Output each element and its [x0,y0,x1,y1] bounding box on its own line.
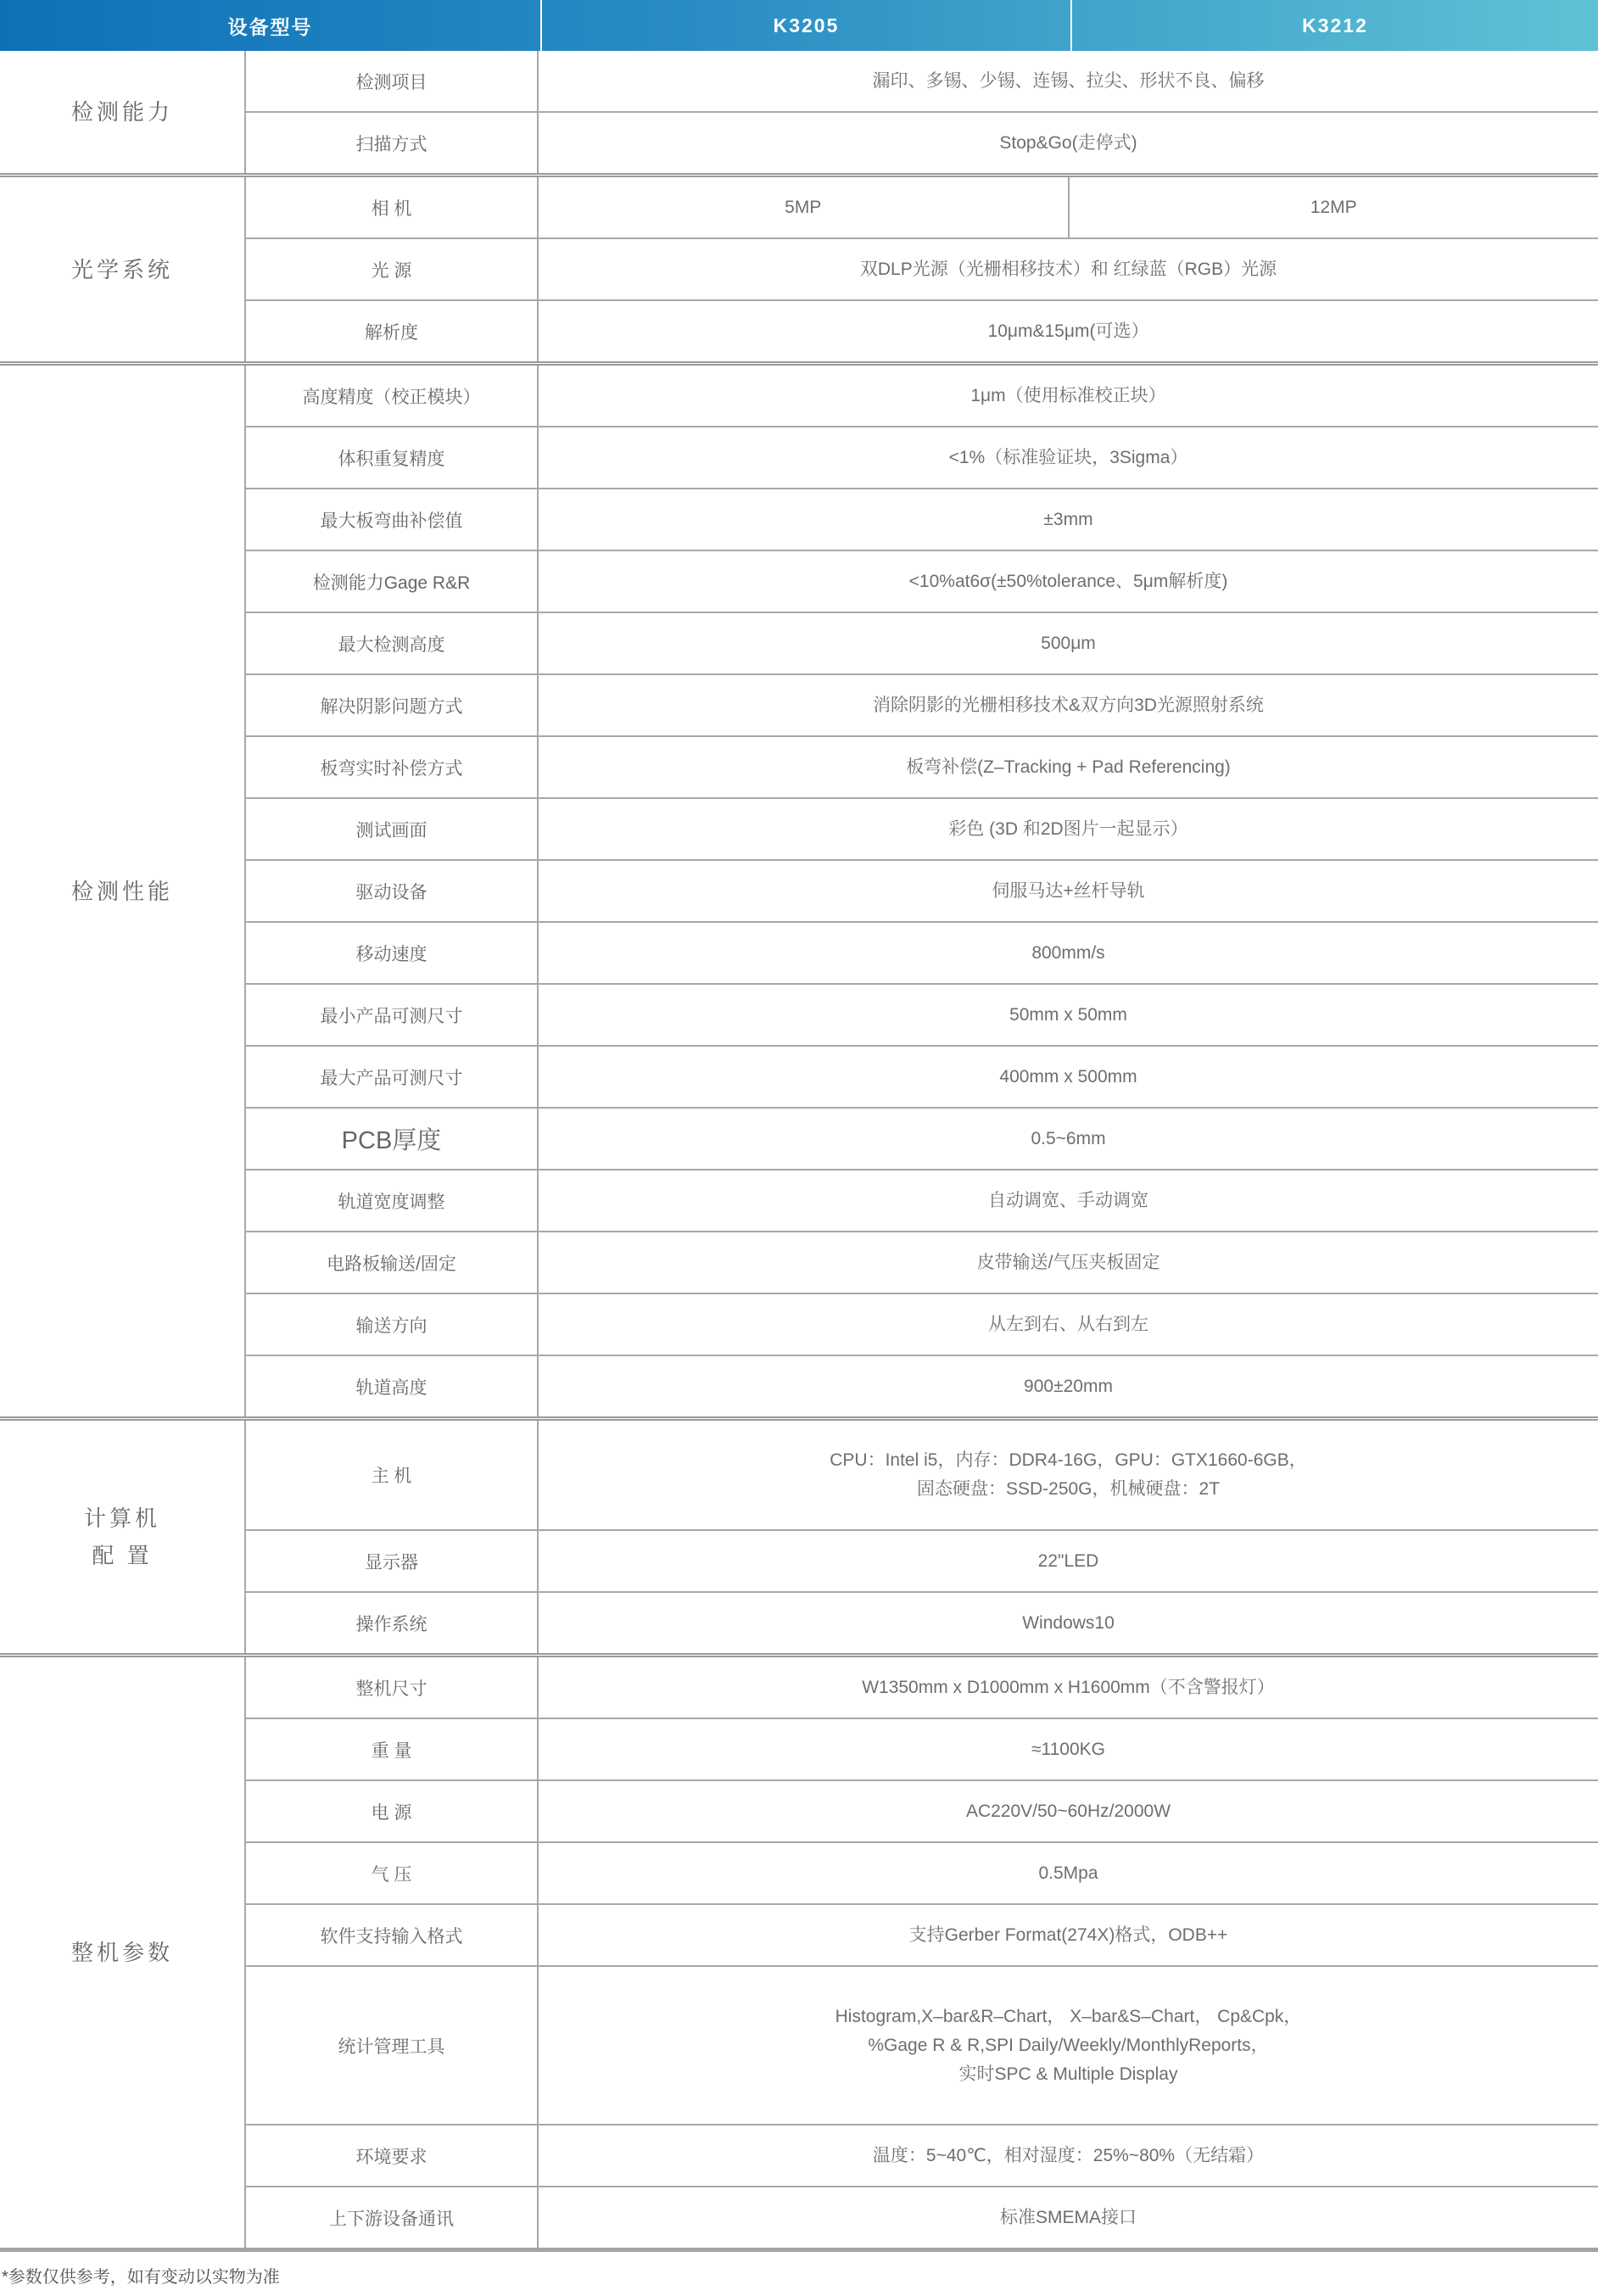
spec-value-line: 板弯补偿(Z–Tracking + Pad Referencing) [906,753,1231,782]
header-model-k3205: K3205 [542,0,1072,51]
spec-row-value: 400mm x 500mm [539,1047,1598,1107]
spec-value-line: 800mm/s [1031,939,1104,968]
spec-section-4: 整机参数整机尺寸W1350mm x D1000mm x H1600mm（不含警报… [0,1653,1598,2248]
spec-value-line: 22"LED [1038,1547,1099,1576]
spec-row-label: 电路板输送/固定 [246,1232,539,1293]
spec-row-values: 标准SMEMA接口 [539,2187,1598,2248]
spec-row-values: 5MP12MP [539,177,1598,237]
header-device-model-label: 设备型号 [0,0,542,51]
spec-value-line: %Gage R & R,SPI Daily/Weekly/MonthlyRepo… [868,2031,1268,2060]
spec-row-label: 显示器 [246,1531,539,1591]
spec-row-value: 板弯补偿(Z–Tracking + Pad Referencing) [539,737,1598,797]
spec-section-0: 检测能力检测项目漏印、多锡、少锡、连锡、拉尖、形状不良、偏移扫描方式Stop&G… [0,51,1598,173]
spec-row-values: 支持Gerber Format(274X)格式，ODB++ [539,1905,1598,1965]
spec-value-line: 900±20mm [1024,1372,1113,1401]
spec-row-values: 皮带输送/气压夹板固定 [539,1232,1598,1293]
spec-row: 体积重复精度<1%（标准验证块，3Sigma） [246,426,1598,488]
spec-row-value: AC220V/50~60Hz/2000W [539,1781,1598,1841]
spec-value-line: 500μm [1041,629,1096,658]
section-rows: 相 机5MP12MP光 源双DLP光源（光栅相移技术）和 红绿蓝（RGB）光源解… [246,177,1598,361]
spec-row: 检测项目漏印、多锡、少锡、连锡、拉尖、形状不良、偏移 [246,51,1598,111]
spec-row-values: 500μm [539,613,1598,673]
spec-row-value: 双DLP光源（光栅相移技术）和 红绿蓝（RGB）光源 [539,239,1598,299]
spec-value-line: 温度：5~40℃，相对湿度：25%~80%（无结霜） [873,2142,1264,2170]
spec-value-line: Windows10 [1022,1609,1115,1638]
spec-row: 板弯实时补偿方式板弯补偿(Z–Tracking + Pad Referencin… [246,735,1598,797]
spec-row-value: 漏印、多锡、少锡、连锡、拉尖、形状不良、偏移 [539,51,1598,111]
section-rows: 整机尺寸W1350mm x D1000mm x H1600mm（不含警报灯）重 … [246,1657,1598,2248]
spec-row-value: 支持Gerber Format(274X)格式，ODB++ [539,1905,1598,1965]
spec-row: PCB厚度0.5~6mm [246,1107,1598,1169]
spec-value-line: 固态硬盘：SSD-250G，机械硬盘：2T [917,1475,1220,1504]
spec-row: 轨道高度900±20mm [246,1355,1598,1416]
spec-row: 移动速度800mm/s [246,921,1598,983]
spec-row: 显示器22"LED [246,1529,1598,1591]
spec-value-line: ≈1100KG [1031,1735,1105,1764]
spec-value-line: 双DLP光源（光栅相移技术）和 红绿蓝（RGB）光源 [860,255,1277,284]
spec-row-value: 彩色 (3D 和2D图片一起显示） [539,799,1598,859]
spec-row-value: 900±20mm [539,1356,1598,1416]
spec-row-label: 驱动设备 [246,861,539,921]
spec-row-label: PCB厚度 [246,1109,539,1169]
spec-row: 扫描方式Stop&Go(走停式) [246,111,1598,173]
spec-row-label: 软件支持输入格式 [246,1905,539,1965]
spec-row-values: 漏印、多锡、少锡、连锡、拉尖、形状不良、偏移 [539,51,1598,111]
spec-row-values: AC220V/50~60Hz/2000W [539,1781,1598,1841]
spec-row-value: 皮带输送/气压夹板固定 [539,1232,1598,1293]
spec-section-1: 光学系统相 机5MP12MP光 源双DLP光源（光栅相移技术）和 红绿蓝（RGB… [0,173,1598,361]
spec-row: 软件支持输入格式支持Gerber Format(274X)格式，ODB++ [246,1903,1598,1965]
spec-row-label: 解决阴影问题方式 [246,675,539,735]
spec-body: 检测能力检测项目漏印、多锡、少锡、连锡、拉尖、形状不良、偏移扫描方式Stop&G… [0,51,1598,2252]
spec-row-values: 温度：5~40℃，相对湿度：25%~80%（无结霜） [539,2126,1598,2186]
spec-row-values: 双DLP光源（光栅相移技术）和 红绿蓝（RGB）光源 [539,239,1598,299]
spec-row-label: 高度精度（校正模块） [246,366,539,426]
spec-row-label: 最大产品可测尺寸 [246,1047,539,1107]
spec-row-value: 从左到右、从右到左 [539,1294,1598,1355]
spec-row-values: 0.5Mpa [539,1843,1598,1903]
spec-row-label: 板弯实时补偿方式 [246,737,539,797]
spec-row-value: Stop&Go(走停式) [539,113,1598,173]
spec-row: 电路板输送/固定皮带输送/气压夹板固定 [246,1231,1598,1293]
spec-row-values: 消除阴影的光栅相移技术&双方向3D光源照射系统 [539,675,1598,735]
spec-row-values: 22"LED [539,1531,1598,1591]
spec-row-label: 解析度 [246,301,539,361]
spec-row: 最大产品可测尺寸400mm x 500mm [246,1045,1598,1107]
spec-value-line: Stop&Go(走停式) [999,129,1137,158]
spec-row: 气 压0.5Mpa [246,1841,1598,1903]
spec-row: 驱动设备伺服马达+丝杆导轨 [246,859,1598,921]
spec-row-label: 光 源 [246,239,539,299]
spec-row-values: Stop&Go(走停式) [539,113,1598,173]
spec-section-2: 检测性能高度精度（校正模块）1μm（使用标准校正块）体积重复精度<1%（标准验证… [0,361,1598,1416]
spec-value-line: 支持Gerber Format(274X)格式，ODB++ [909,1921,1228,1950]
spec-sheet: 设备型号 K3205 K3212 检测能力检测项目漏印、多锡、少锡、连锡、拉尖、… [0,0,1598,2296]
spec-row: 高度精度（校正模块）1μm（使用标准校正块） [246,366,1598,426]
spec-row-values: Windows10 [539,1593,1598,1653]
spec-row-label: 操作系统 [246,1593,539,1653]
spec-row-label: 主 机 [246,1421,539,1529]
spec-row-label: 轨道高度 [246,1356,539,1416]
spec-row-label: 气 压 [246,1843,539,1903]
spec-row-value: 1μm（使用标准校正块） [539,366,1598,426]
section-rows: 检测项目漏印、多锡、少锡、连锡、拉尖、形状不良、偏移扫描方式Stop&Go(走停… [246,51,1598,173]
spec-value-line: 50mm x 50mm [1009,1001,1127,1030]
spec-row: 解决阴影问题方式消除阴影的光栅相移技术&双方向3D光源照射系统 [246,673,1598,735]
spec-row-value: 12MP [1068,177,1598,237]
spec-row-value: 800mm/s [539,923,1598,983]
spec-row: 检测能力Gage R&R<10%at6σ(±50%tolerance、5μm解析… [246,550,1598,612]
spec-row-values: 400mm x 500mm [539,1047,1598,1107]
spec-row: 整机尺寸W1350mm x D1000mm x H1600mm（不含警报灯） [246,1657,1598,1718]
spec-row-values: ±3mm [539,489,1598,550]
spec-value-line: 伺服马达+丝杆导轨 [992,877,1144,906]
spec-row-label: 测试画面 [246,799,539,859]
spec-value-line: 皮带输送/气压夹板固定 [977,1249,1160,1277]
spec-value-line: ±3mm [1043,506,1092,534]
spec-row-label: 最小产品可测尺寸 [246,985,539,1045]
section-label-line: 整机参数 [71,1934,173,1971]
spec-value-line: 400mm x 500mm [999,1063,1137,1092]
spec-value-line: 从左到右、从右到左 [988,1310,1148,1339]
spec-row: 最大检测高度500μm [246,612,1598,673]
spec-row-values: <1%（标准验证块，3Sigma） [539,427,1598,488]
spec-row: 操作系统Windows10 [246,1591,1598,1653]
spec-value-line: 1μm（使用标准校正块） [970,382,1165,411]
spec-row-label: 移动速度 [246,923,539,983]
spec-row-value: 500μm [539,613,1598,673]
spec-row-value: 22"LED [539,1531,1598,1591]
spec-row-values: 10μm&15μm(可选） [539,301,1598,361]
spec-row-values: 板弯补偿(Z–Tracking + Pad Referencing) [539,737,1598,797]
footnote: *参数仅供参考，如有变动以实物为准 [0,2252,1598,2296]
spec-row-value: Histogram,X–bar&R–Chart， X–bar&S–Chart， … [539,1967,1598,2124]
spec-row-label: 轨道宽度调整 [246,1170,539,1231]
section-label: 计算机配 置 [0,1421,246,1653]
spec-row-label: 最大板弯曲补偿值 [246,489,539,550]
spec-row-value: <1%（标准验证块，3Sigma） [539,427,1598,488]
spec-row-label: 扫描方式 [246,113,539,173]
spec-row: 统计管理工具Histogram,X–bar&R–Chart， X–bar&S–C… [246,1965,1598,2124]
spec-row-values: CPU：Intel i5，内存：DDR4-16G，GPU：GTX1660-6GB… [539,1421,1598,1529]
spec-row: 解析度10μm&15μm(可选） [246,299,1598,361]
spec-row-label: 输送方向 [246,1294,539,1355]
spec-row-label: 检测项目 [246,51,539,111]
spec-row: 上下游设备通讯标准SMEMA接口 [246,2186,1598,2248]
spec-value-line: AC220V/50~60Hz/2000W [966,1797,1171,1826]
spec-row-value: 自动调宽、手动调宽 [539,1170,1598,1231]
table-header-row: 设备型号 K3205 K3212 [0,0,1598,51]
spec-row: 测试画面彩色 (3D 和2D图片一起显示） [246,797,1598,859]
spec-value-line: W1350mm x D1000mm x H1600mm（不含警报灯） [862,1673,1275,1702]
spec-row: 轨道宽度调整自动调宽、手动调宽 [246,1169,1598,1231]
spec-value-line: 漏印、多锡、少锡、连锡、拉尖、形状不良、偏移 [873,67,1265,96]
spec-row-values: 0.5~6mm [539,1109,1598,1169]
section-rows: 主 机CPU：Intel i5，内存：DDR4-16G，GPU：GTX1660-… [246,1421,1598,1653]
spec-row-label: 环境要求 [246,2126,539,2186]
spec-row: 相 机5MP12MP [246,177,1598,237]
section-label-line: 计算机 [84,1500,160,1537]
spec-value-line: 10μm&15μm(可选） [988,317,1149,346]
spec-row: 最小产品可测尺寸50mm x 50mm [246,983,1598,1045]
spec-row-label: 最大检测高度 [246,613,539,673]
spec-row-value: 标准SMEMA接口 [539,2187,1598,2248]
spec-value-line: <10%at6σ(±50%tolerance、5μm解析度) [909,567,1228,596]
spec-row-values: W1350mm x D1000mm x H1600mm（不含警报灯） [539,1657,1598,1718]
spec-row-value: 0.5~6mm [539,1109,1598,1169]
spec-row: 重 量≈1100KG [246,1718,1598,1779]
spec-value-line: 彩色 (3D 和2D图片一起显示） [948,815,1187,844]
spec-row-values: ≈1100KG [539,1719,1598,1779]
spec-row-value: 0.5Mpa [539,1843,1598,1903]
spec-row: 光 源双DLP光源（光栅相移技术）和 红绿蓝（RGB）光源 [246,237,1598,299]
spec-row: 输送方向从左到右、从右到左 [246,1293,1598,1355]
spec-section-3: 计算机配 置主 机CPU：Intel i5，内存：DDR4-16G，GPU：GT… [0,1416,1598,1653]
spec-value-line: <1%（标准验证块，3Sigma） [949,444,1188,472]
spec-row-values: Histogram,X–bar&R–Chart， X–bar&S–Chart， … [539,1967,1598,2124]
section-label: 光学系统 [0,177,246,361]
spec-row-value: 温度：5~40℃，相对湿度：25%~80%（无结霜） [539,2126,1598,2186]
spec-row-label: 上下游设备通讯 [246,2187,539,2248]
spec-value-line: Histogram,X–bar&R–Chart， X–bar&S–Chart， … [835,2003,1302,2031]
section-rows: 高度精度（校正模块）1μm（使用标准校正块）体积重复精度<1%（标准验证块，3S… [246,366,1598,1416]
spec-row-value: ±3mm [539,489,1598,550]
spec-row: 最大板弯曲补偿值±3mm [246,488,1598,550]
section-label-line: 配 置 [92,1537,152,1574]
spec-row-label: 检测能力Gage R&R [246,551,539,612]
spec-row-value: 50mm x 50mm [539,985,1598,1045]
spec-row: 环境要求温度：5~40℃，相对湿度：25%~80%（无结霜） [246,2124,1598,2186]
spec-row-value: CPU：Intel i5，内存：DDR4-16G，GPU：GTX1660-6GB… [539,1421,1598,1529]
spec-row-values: 伺服马达+丝杆导轨 [539,861,1598,921]
section-label-line: 检测性能 [71,873,173,910]
spec-row-value: W1350mm x D1000mm x H1600mm（不含警报灯） [539,1657,1598,1718]
spec-row-values: 彩色 (3D 和2D图片一起显示） [539,799,1598,859]
spec-row-label: 重 量 [246,1719,539,1779]
spec-row-value: <10%at6σ(±50%tolerance、5μm解析度) [539,551,1598,612]
spec-row-values: 从左到右、从右到左 [539,1294,1598,1355]
spec-value-line: 实时SPC & Multiple Display [959,2060,1178,2089]
spec-row-label: 整机尺寸 [246,1657,539,1718]
spec-value-line: CPU：Intel i5，内存：DDR4-16G，GPU：GTX1660-6GB… [830,1446,1306,1475]
spec-row-values: 50mm x 50mm [539,985,1598,1045]
spec-row-values: 900±20mm [539,1356,1598,1416]
spec-row-label: 电 源 [246,1781,539,1841]
spec-row-values: 800mm/s [539,923,1598,983]
spec-row-label: 相 机 [246,177,539,237]
spec-value-line: 标准SMEMA接口 [1000,2204,1137,2232]
spec-row-value: ≈1100KG [539,1719,1598,1779]
spec-value-line: 0.5Mpa [1038,1859,1098,1888]
section-label: 整机参数 [0,1657,246,2248]
spec-row-values: 1μm（使用标准校正块） [539,366,1598,426]
spec-row-value: Windows10 [539,1593,1598,1653]
section-label: 检测能力 [0,51,246,173]
spec-row-values: <10%at6σ(±50%tolerance、5μm解析度) [539,551,1598,612]
section-label: 检测性能 [0,366,246,1416]
spec-row-value: 5MP [539,177,1068,237]
spec-row: 电 源AC220V/50~60Hz/2000W [246,1779,1598,1841]
spec-row: 主 机CPU：Intel i5，内存：DDR4-16G，GPU：GTX1660-… [246,1421,1598,1529]
spec-row-value: 消除阴影的光栅相移技术&双方向3D光源照射系统 [539,675,1598,735]
spec-row-label: 体积重复精度 [246,427,539,488]
header-model-k3212: K3212 [1072,0,1598,51]
spec-row-values: 自动调宽、手动调宽 [539,1170,1598,1231]
spec-value-line: 自动调宽、手动调宽 [988,1187,1148,1215]
spec-row-value: 10μm&15μm(可选） [539,301,1598,361]
spec-value-line: 0.5~6mm [1031,1125,1105,1154]
spec-row-label: 统计管理工具 [246,1967,539,2124]
spec-value-line: 消除阴影的光栅相移技术&双方向3D光源照射系统 [873,691,1264,720]
section-label-line: 光学系统 [71,251,173,288]
section-label-line: 检测能力 [71,93,173,131]
spec-row-value: 伺服马达+丝杆导轨 [539,861,1598,921]
